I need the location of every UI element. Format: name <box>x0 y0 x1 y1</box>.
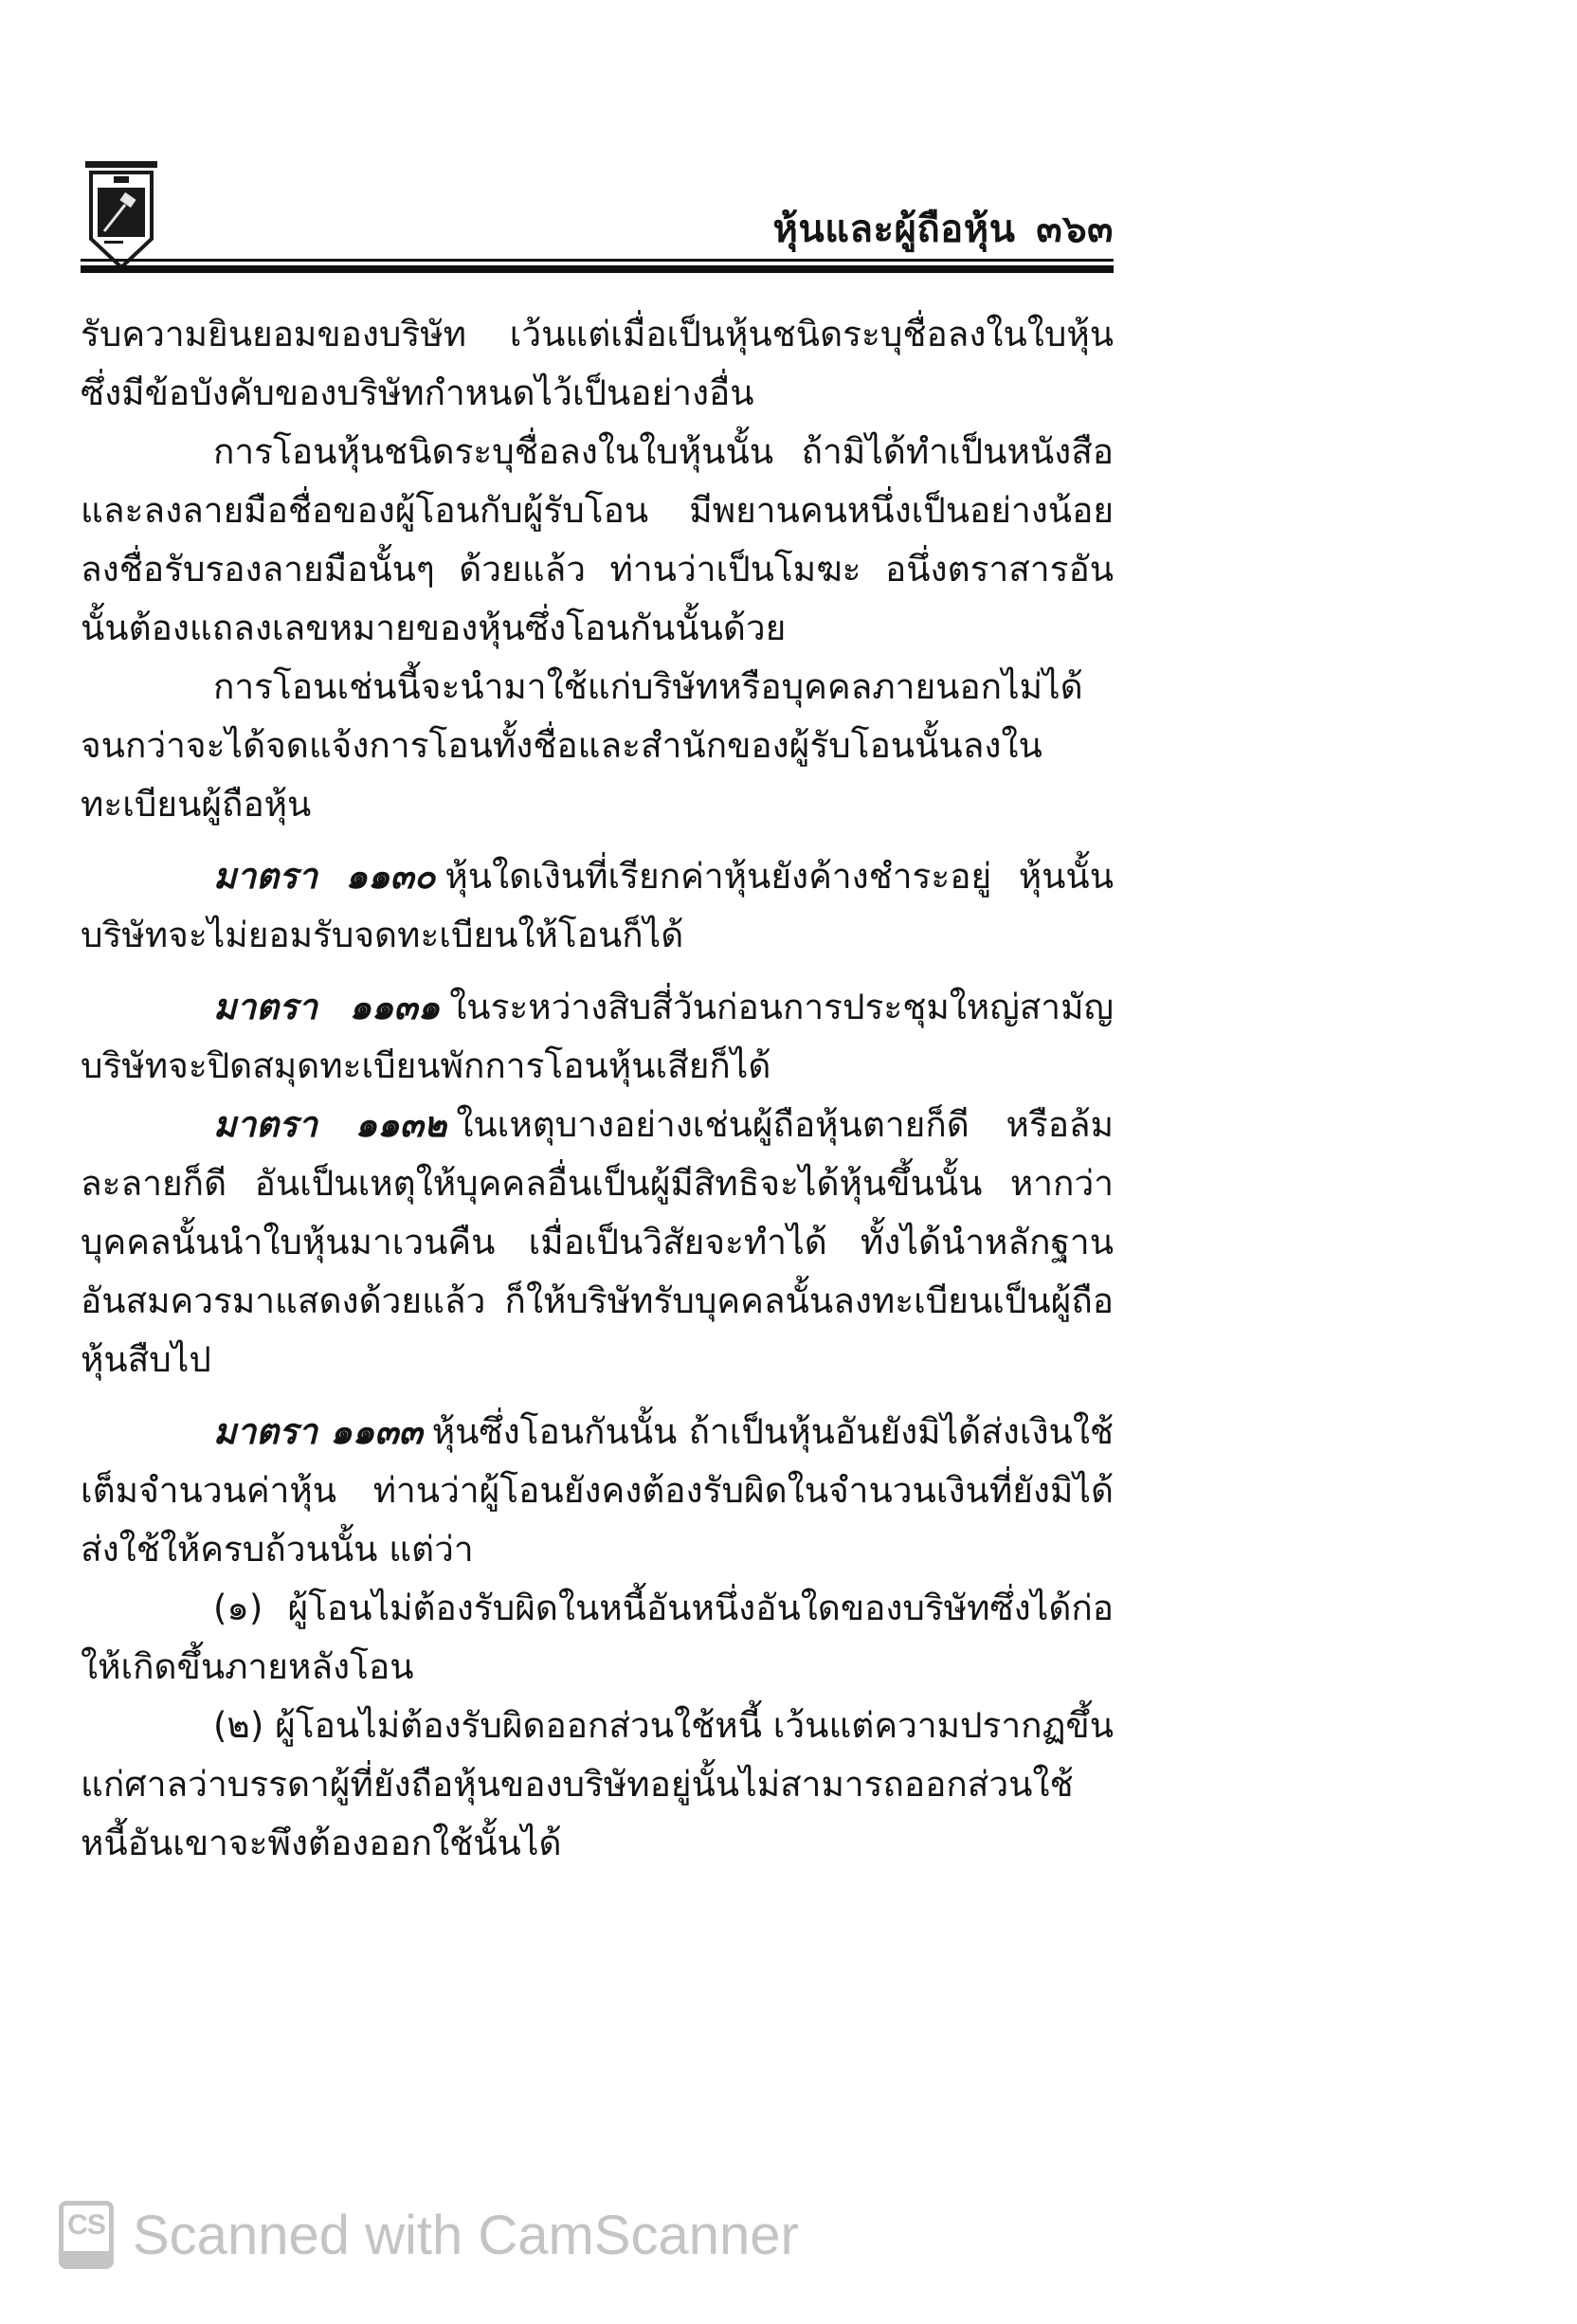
camscanner-badge-text: CS <box>67 2209 105 2242</box>
section-1130: มาตรา ๑๑๓๐หุ้นใดเงินที่เรียกค่าหุ้นยังค้… <box>81 847 1114 965</box>
paragraph-text: รับความยินยอมของบริษัท เว้นแต่เมื่อเป็นห… <box>81 314 1114 413</box>
paragraph-text: การโอนเช่นนี้จะนำมาใช้แก่บริษัทหรือบุคคล… <box>81 666 1083 825</box>
page-number: ๓๖๓ <box>1036 208 1114 251</box>
watermark-text: Scanned with CamScanner <box>133 2204 799 2267</box>
camscanner-badge-bar <box>63 2251 109 2264</box>
paragraph-text: (๒) ผู้โอนไม่ต้องรับผิดออกส่วนใช้หนี้ เว… <box>81 1705 1114 1863</box>
body-text: รับความยินยอมของบริษัท เว้นแต่เมื่อเป็นห… <box>81 305 1114 1873</box>
clause-2: (๒) ผู้โอนไม่ต้องรับผิดออกส่วนใช้หนี้ เว… <box>81 1697 1114 1873</box>
header-rule-thin <box>81 259 1114 262</box>
section-label: มาตรา ๑๑๓๑ <box>213 987 440 1027</box>
paragraph-text: ในเหตุบางอย่างเช่นผู้ถือหุ้นตายก็ดี หรือ… <box>81 1104 1114 1380</box>
paragraph: การโอนหุ้นชนิดระบุชื่อลงในใบหุ้นนั้น ถ้า… <box>81 423 1114 658</box>
header-rule-thick <box>81 265 1114 273</box>
running-head: หุ้นและผู้ถือหุ้น๓๖๓ <box>81 203 1114 256</box>
camscanner-watermark: CS Scanned with CamScanner <box>59 2197 799 2273</box>
camscanner-logo-icon: CS <box>59 2201 114 2269</box>
chapter-title: หุ้นและผู้ถือหุ้น <box>773 208 1016 251</box>
section-label: มาตรา ๑๑๓๐ <box>213 856 435 897</box>
section-1131: มาตรา ๑๑๓๑ในระหว่างสิบสี่วันก่อนการประชุ… <box>81 978 1114 1096</box>
section-label: มาตรา ๑๑๓๓ <box>213 1411 423 1452</box>
section-1132: มาตรา ๑๑๓๒ในเหตุบางอย่างเช่นผู้ถือหุ้นตา… <box>81 1096 1114 1389</box>
paragraph-text: การโอนหุ้นชนิดระบุชื่อลงในใบหุ้นนั้น ถ้า… <box>81 431 1114 648</box>
section-label: มาตรา ๑๑๓๒ <box>213 1104 446 1145</box>
clause-1: (๑) ผู้โอนไม่ต้องรับผิดในหนี้อันหนึ่งอัน… <box>81 1579 1114 1697</box>
paragraph-continuation: รับความยินยอมของบริษัท เว้นแต่เมื่อเป็นห… <box>81 305 1114 423</box>
paragraph-text: (๑) ผู้โอนไม่ต้องรับผิดในหนี้อันหนึ่งอัน… <box>81 1588 1114 1687</box>
section-1133: มาตรา ๑๑๓๓หุ้นซึ่งโอนกันนั้น ถ้าเป็นหุ้น… <box>81 1403 1114 1579</box>
paragraph: การโอนเช่นนี้จะนำมาใช้แก่บริษัทหรือบุคคล… <box>81 658 1114 834</box>
